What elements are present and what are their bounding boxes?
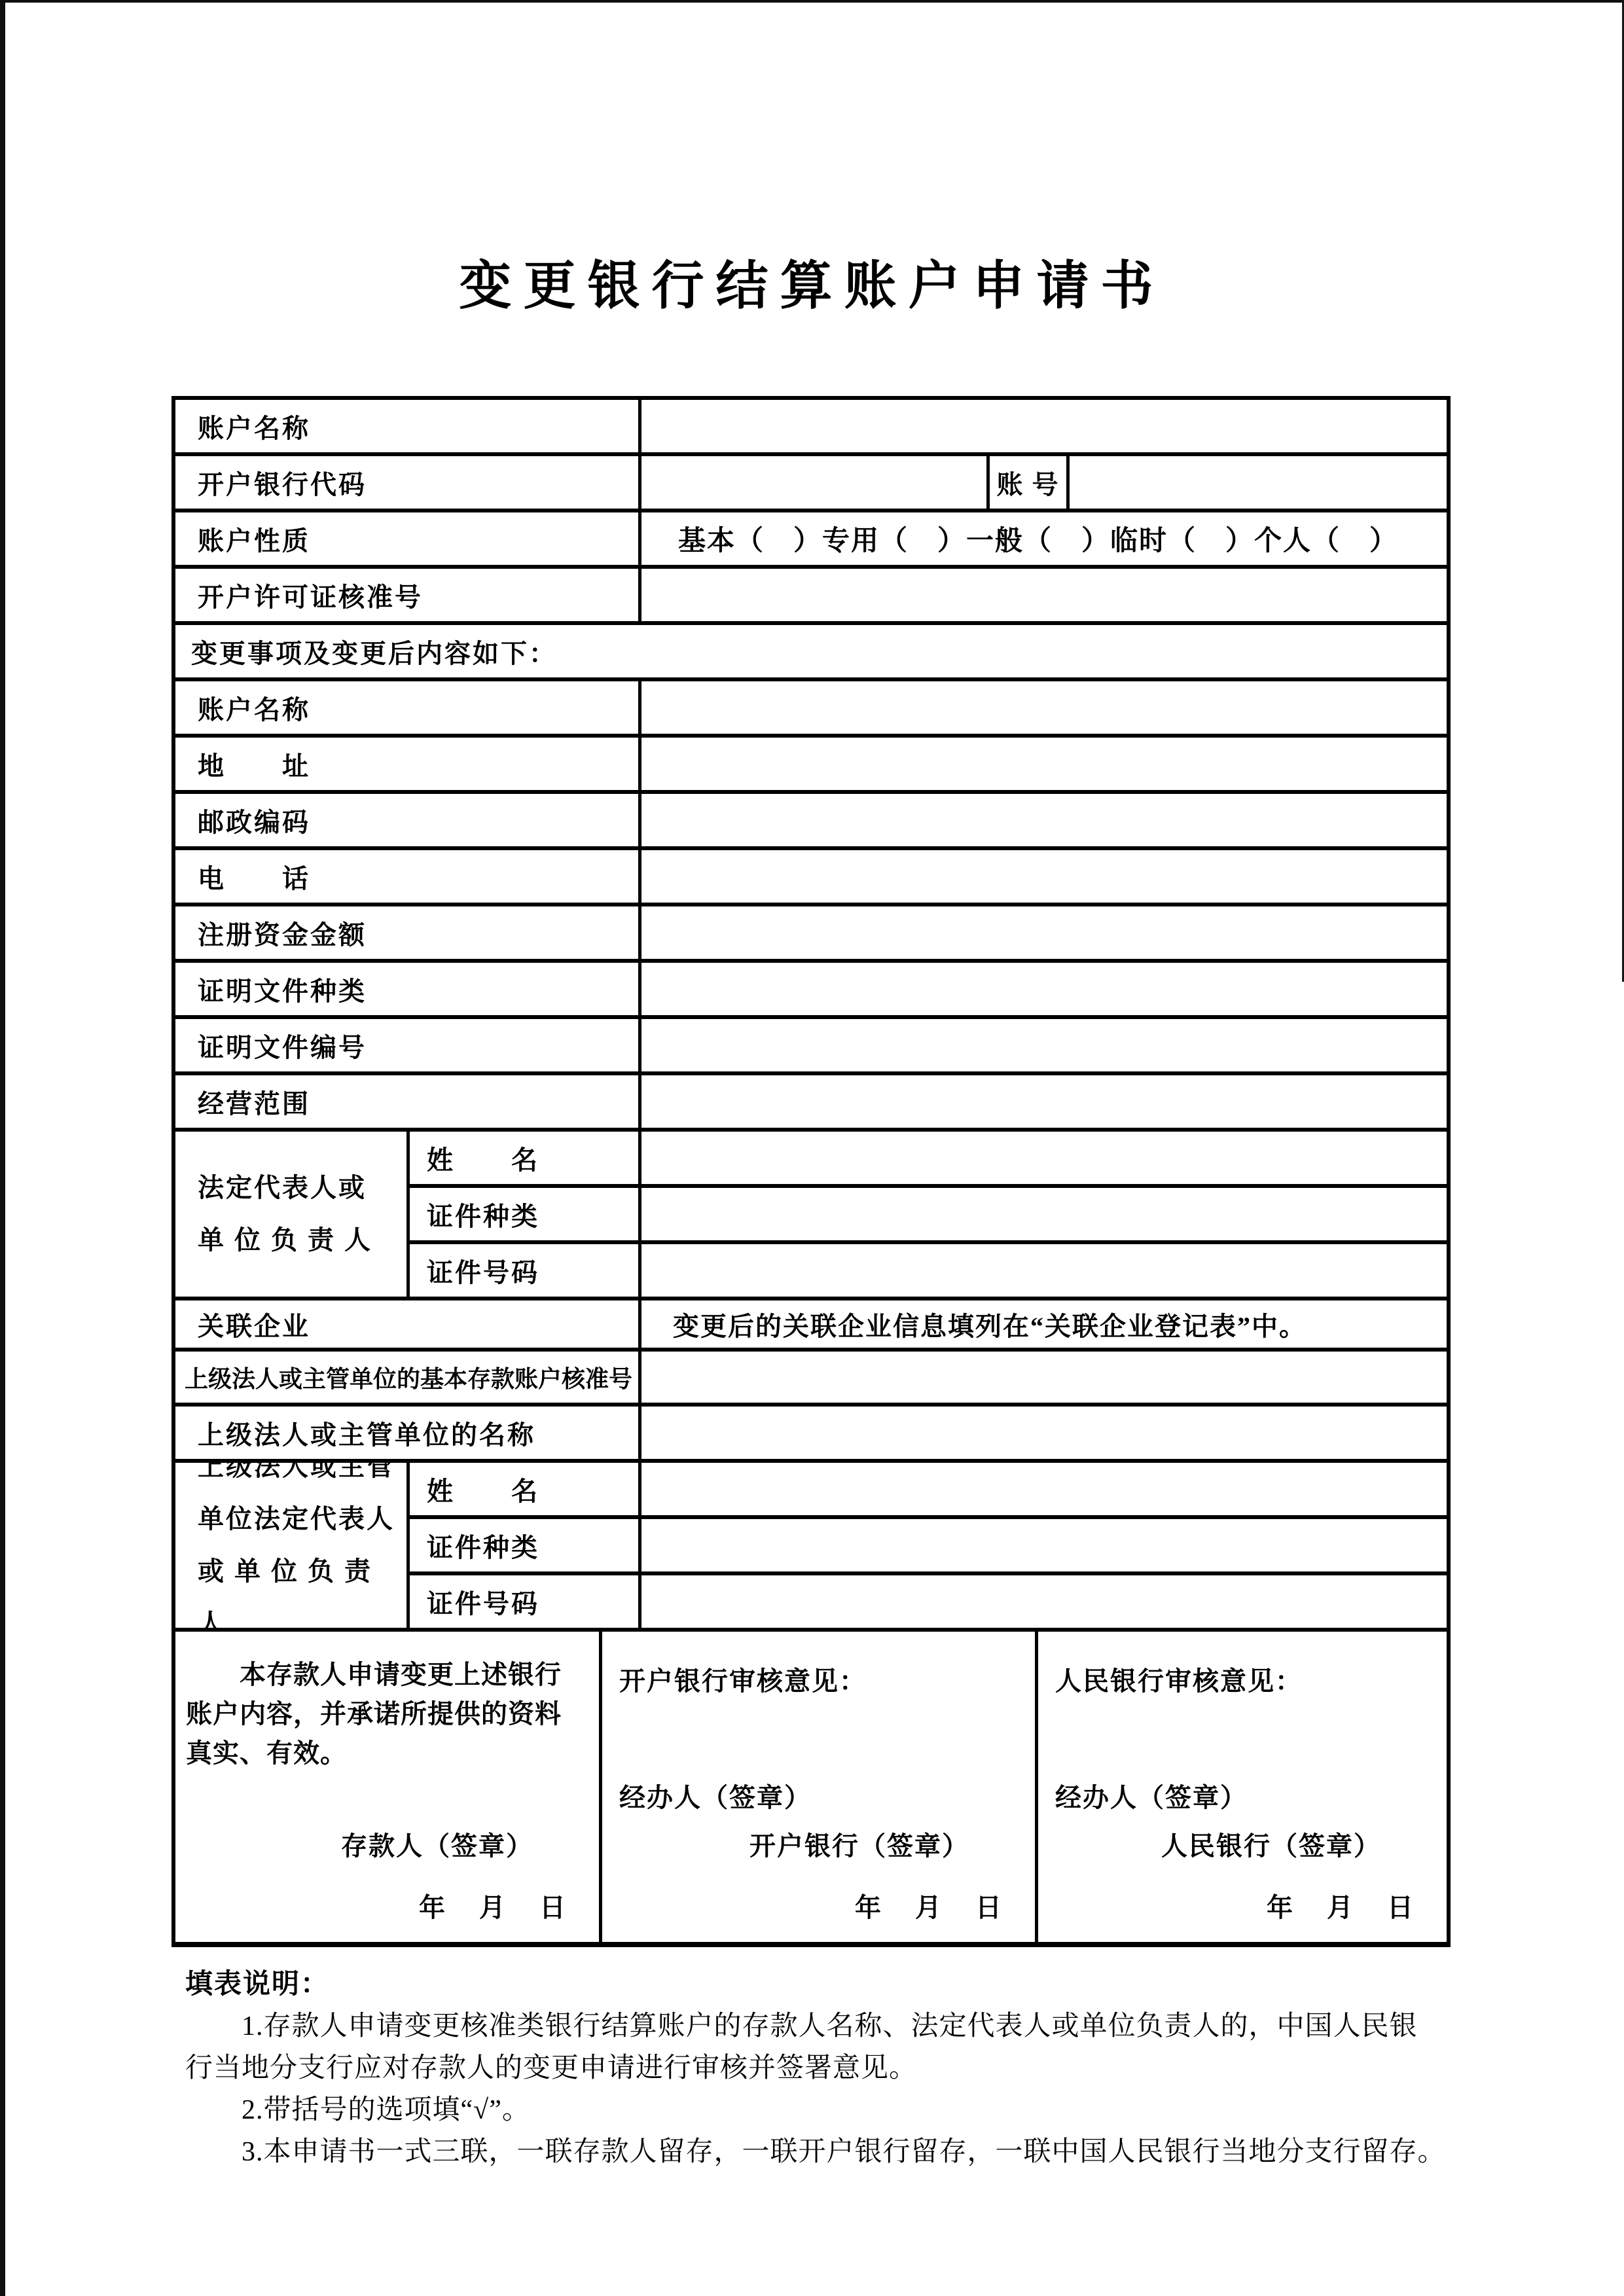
legal-rep-label-line1: 法定代表人或 — [198, 1162, 367, 1214]
superior-rep-label-line3: 或 单 位 负 责 人 — [198, 1545, 406, 1628]
table-row: 姓 名 — [410, 1132, 1447, 1188]
superior-rep-id-type-input[interactable] — [641, 1519, 1447, 1571]
pboc-operator-sign-label: 经办人（签章） — [1055, 1777, 1248, 1814]
notes-item-3: 3.本申请书一式三联，一联存款人留存，一联开户银行留存，一联中国人民银行当地分支… — [185, 2131, 1458, 2173]
depositor-statement: 本存款人申请变更上述银行 账户内容，并承诺所提供的资料 真实、有效。 — [186, 1655, 592, 1773]
legal-rep-id-no-label: 证件号码 — [410, 1244, 641, 1297]
superior-rep-label-line2: 单位法定代表人 — [198, 1493, 395, 1545]
bank-code-input[interactable] — [641, 456, 990, 509]
table-row: 证明文件编号 — [175, 1019, 1447, 1075]
table-row: 邮政编码 — [175, 794, 1447, 850]
account-nature-options[interactable]: 基本（ ）专用（ ）一般（ ）临时（ ）个人（ ） — [641, 512, 1447, 565]
phone-input[interactable] — [641, 850, 1447, 903]
table-row: 证件号码 — [410, 1244, 1447, 1297]
superior-rep-subrows: 姓 名 证件种类 证件号码 — [410, 1463, 1447, 1628]
depositor-date-label: 年 月 日 — [419, 1887, 569, 1924]
table-rowgroup-superior-rep: 上级法人或主管 单位法定代表人 或 单 位 负 责 人 姓 名 证件种类 证件号… — [175, 1463, 1447, 1632]
legal-rep-name-input[interactable] — [641, 1132, 1447, 1184]
page-title: 变更银行结算账户申请书 — [0, 243, 1624, 319]
table-row: 账户性质 基本（ ）专用（ ）一般（ ）临时（ ）个人（ ） — [175, 512, 1447, 569]
affiliate-label: 关联企业 — [175, 1300, 641, 1348]
account-number-label: 账 号 — [990, 456, 1070, 509]
bank-review-title: 开户银行审核意见： — [619, 1660, 867, 1698]
table-row: 证明文件种类 — [175, 963, 1447, 1019]
legal-rep-id-type-label: 证件种类 — [410, 1188, 641, 1240]
page-edge-top — [0, 0, 1624, 3]
phone-label: 电 话 — [175, 850, 641, 903]
postcode-label: 邮政编码 — [175, 794, 641, 846]
notes-item-2: 2.带括号的选项填“√”。 — [185, 2089, 1458, 2131]
address-input[interactable] — [641, 738, 1447, 790]
depositor-sign-label: 存款人（签章） — [341, 1825, 533, 1863]
application-form-table: 账户名称 开户银行代码 账 号 账户性质 基本（ ）专用（ ）一般（ ）临时（ … — [171, 396, 1451, 1947]
superior-rep-id-type-label: 证件种类 — [410, 1519, 641, 1571]
table-row: 注册资金金额 — [175, 906, 1447, 963]
legal-rep-subrows: 姓 名 证件种类 证件号码 — [410, 1132, 1447, 1297]
license-no-label: 开户许可证核准号 — [175, 569, 641, 621]
table-row: 证件种类 — [410, 1188, 1447, 1244]
bank-code-label: 开户银行代码 — [175, 456, 641, 509]
form-notes: 填表说明： 1.存款人申请变更核准类银行结算账户的存款人名称、法定代表人或单位负… — [185, 1964, 1458, 2173]
business-scope-input[interactable] — [641, 1075, 1447, 1128]
change-items-header: 变更事项及变更后内容如下： — [175, 625, 1447, 677]
pboc-review-area[interactable]: 人民银行审核意见： 经办人（签章） 人民银行（签章） 年 月 日 — [1038, 1632, 1447, 1942]
new-account-name-input[interactable] — [641, 681, 1447, 734]
superior-rep-label-line1: 上级法人或主管 — [198, 1463, 395, 1493]
superior-rep-id-no-label: 证件号码 — [410, 1575, 641, 1628]
registered-capital-label: 注册资金金额 — [175, 906, 641, 959]
bank-sign-label: 开户银行（签章） — [749, 1825, 969, 1863]
cert-type-label: 证明文件种类 — [175, 963, 641, 1015]
page-edge-left — [0, 0, 5, 2296]
form-page: { "page": { "title": "变更银行结算账户申请书" }, "t… — [0, 0, 1624, 2296]
table-row: 地 址 — [175, 738, 1447, 794]
cert-type-input[interactable] — [641, 963, 1447, 1015]
notes-item-1: 1.存款人申请变更核准类银行结算账户的存款人名称、法定代表人或单位负责人的，中国… — [185, 2005, 1458, 2089]
legal-rep-label-line2: 单 位 负 责 人 — [198, 1214, 372, 1266]
table-row: 上级法人或主管单位的名称 — [175, 1407, 1447, 1463]
bank-operator-sign-label: 经办人（签章） — [619, 1777, 812, 1814]
superior-account-no-label: 上级法人或主管单位的基本存款账户核准号 — [175, 1352, 641, 1403]
superior-rep-name-input[interactable] — [641, 1463, 1447, 1515]
depositor-signature-area[interactable]: 本存款人申请变更上述银行 账户内容，并承诺所提供的资料 真实、有效。 存款人（签… — [175, 1632, 602, 1942]
pboc-review-title: 人民银行审核意见： — [1055, 1660, 1303, 1698]
cert-no-label: 证明文件编号 — [175, 1019, 641, 1071]
registered-capital-input[interactable] — [641, 906, 1447, 959]
signature-section: 本存款人申请变更上述银行 账户内容，并承诺所提供的资料 真实、有效。 存款人（签… — [175, 1632, 1447, 1942]
account-nature-label: 账户性质 — [175, 512, 641, 565]
table-row: 关联企业 变更后的关联企业信息填列在“关联企业登记表”中。 — [175, 1300, 1447, 1352]
affiliate-note: 变更后的关联企业信息填列在“关联企业登记表”中。 — [641, 1300, 1447, 1348]
business-scope-label: 经营范围 — [175, 1075, 641, 1128]
license-no-input[interactable] — [641, 569, 1447, 621]
legal-rep-id-no-input[interactable] — [641, 1244, 1447, 1297]
superior-rep-label: 上级法人或主管 单位法定代表人 或 单 位 负 责 人 — [175, 1463, 410, 1628]
table-row: 账户名称 — [175, 400, 1447, 456]
bank-review-area[interactable]: 开户银行审核意见： 经办人（签章） 开户银行（签章） 年 月 日 — [602, 1632, 1038, 1942]
table-row-change-header: 变更事项及变更后内容如下： — [175, 625, 1447, 681]
notes-title: 填表说明： — [185, 1964, 1458, 2005]
table-row: 电 话 — [175, 850, 1447, 906]
account-name-top-input[interactable] — [641, 400, 1447, 452]
superior-account-no-input[interactable] — [641, 1352, 1447, 1403]
table-row: 经营范围 — [175, 1075, 1447, 1132]
cert-no-input[interactable] — [641, 1019, 1447, 1071]
table-row: 账户名称 — [175, 681, 1447, 738]
postcode-input[interactable] — [641, 794, 1447, 846]
superior-name-input[interactable] — [641, 1407, 1447, 1459]
account-number-input[interactable] — [1070, 456, 1447, 509]
account-name-top-label: 账户名称 — [175, 400, 641, 452]
bank-date-label: 年 月 日 — [855, 1887, 1005, 1924]
pboc-sign-label: 人民银行（签章） — [1161, 1825, 1381, 1863]
table-row: 姓 名 — [410, 1463, 1447, 1519]
table-rowgroup-legal-rep: 法定代表人或 单 位 负 责 人 姓 名 证件种类 证件号码 — [175, 1132, 1447, 1300]
superior-rep-name-label: 姓 名 — [410, 1463, 641, 1515]
table-row: 上级法人或主管单位的基本存款账户核准号 — [175, 1352, 1447, 1407]
pboc-date-label: 年 月 日 — [1267, 1887, 1417, 1924]
legal-rep-id-type-input[interactable] — [641, 1188, 1447, 1240]
superior-rep-id-no-input[interactable] — [641, 1575, 1447, 1628]
table-row: 开户银行代码 账 号 — [175, 456, 1447, 512]
new-account-name-label: 账户名称 — [175, 681, 641, 734]
legal-rep-name-label: 姓 名 — [410, 1132, 641, 1184]
legal-rep-label: 法定代表人或 单 位 负 责 人 — [175, 1132, 410, 1297]
table-row: 证件号码 — [410, 1575, 1447, 1628]
table-row: 证件种类 — [410, 1519, 1447, 1575]
address-label: 地 址 — [175, 738, 641, 790]
superior-name-label: 上级法人或主管单位的名称 — [175, 1407, 641, 1459]
table-row: 开户许可证核准号 — [175, 569, 1447, 625]
